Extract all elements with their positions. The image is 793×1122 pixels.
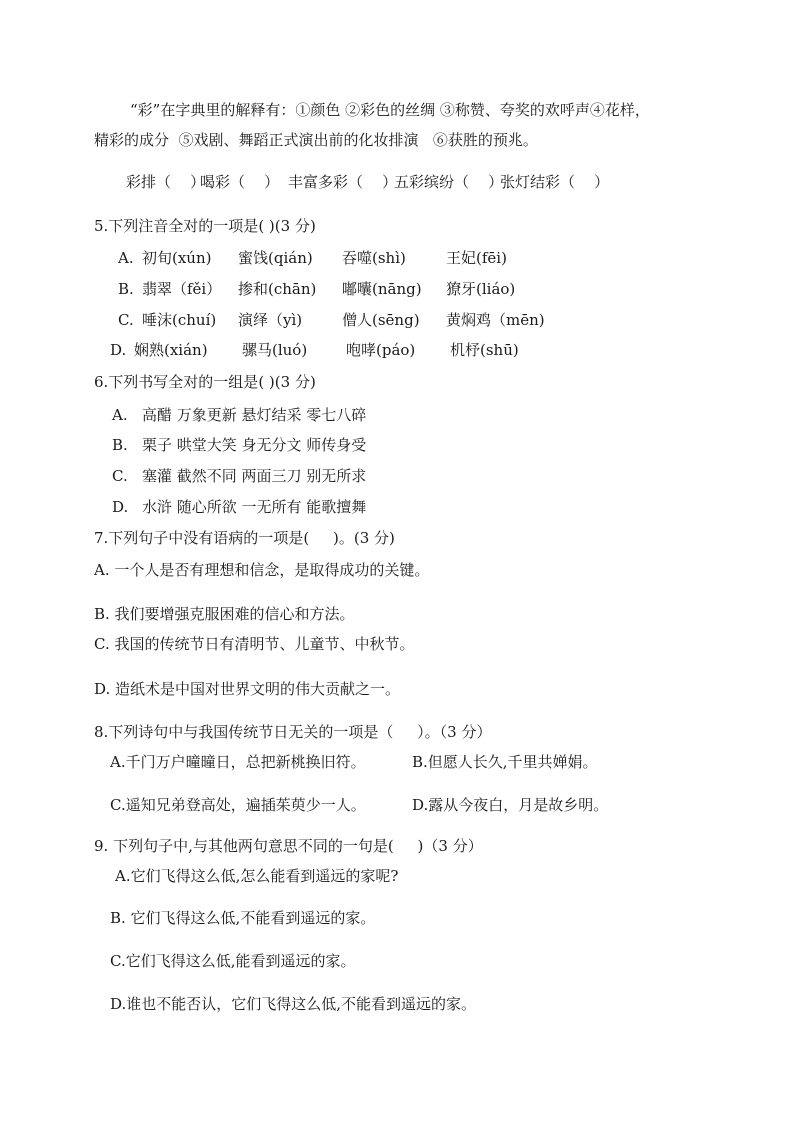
intro-line-2: 精彩的成分 ⑤戏剧、舞蹈正式演出前的化妆排演 ⑥获胜的预兆。 <box>94 130 538 150</box>
q8-stem: 8.下列诗句中与我国传统节日无关的一项是（ ）。（3 分） <box>94 722 491 742</box>
option-item: 掺和(chān) <box>238 279 316 299</box>
option-item: 骡马(luó) <box>242 340 307 360</box>
q6-option-b-text: 栗子 哄堂大笑 身无分文 师传身受 <box>142 435 366 455</box>
q6-stem: 6.下列书写全对的一组是( )(3 分) <box>94 372 316 392</box>
option-item: 娴熟(xián) <box>134 340 208 360</box>
option-item: 吞噬(shì) <box>342 248 406 268</box>
intro-word-4: 五彩缤纷（ ） <box>394 172 503 192</box>
intro-word-1: 彩排（ ） <box>126 172 205 192</box>
option-item: 嘟囔(nāng) <box>342 279 422 299</box>
q9-stem: 9. 下列句子中,与其他两句意思不同的一句是( )（3 分） <box>94 836 483 856</box>
q7-option-c: C. 我国的传统节日有清明节、儿童节、中秋节。 <box>94 634 414 654</box>
option-item: 咆哮(páo) <box>346 340 415 360</box>
q6-option-d-label: D. <box>112 497 128 517</box>
q6-option-a-label: A. <box>112 405 128 425</box>
intro-word-5: 张灯结彩（ ） <box>500 172 609 192</box>
q9-option-c: C.它们飞得这么低,能看到遥远的家。 <box>110 951 355 971</box>
q8-option-a: A.千门万户曈曈日，总把新桃换旧符。 <box>110 752 366 772</box>
q6-option-d-text: 水浒 随心所欲 一无所有 能歌擅舞 <box>142 497 366 517</box>
option-label: D. <box>110 340 126 360</box>
option-item: 翡翠（fěi） <box>142 279 221 299</box>
option-item: 王妃(fēi) <box>446 248 507 268</box>
option-item: 机杼(shū) <box>450 340 519 360</box>
option-item: 黄焖鸡（mēn) <box>446 310 545 330</box>
q8-option-d: D.露从今夜白，月是故乡明。 <box>412 795 608 815</box>
q6-option-c-label: C. <box>112 466 128 486</box>
option-item: 僧人(sēng) <box>342 310 420 330</box>
option-label: B. <box>118 279 134 299</box>
q7-option-d: D. 造纸术是中国对世界文明的伟大贡献之一。 <box>94 679 400 699</box>
option-item: 獠牙(liáo) <box>446 279 515 299</box>
option-item: 蜜饯(qián) <box>238 248 313 268</box>
q9-option-a: A.它们飞得这么低,怎么能看到遥远的家呢? <box>115 866 398 886</box>
q8-option-c: C.遥知兄弟登高处，遍插茱萸少一人。 <box>110 795 366 815</box>
q7-option-a: A. 一个人是否有理想和信念，是取得成功的关键。 <box>94 560 429 580</box>
q9-option-d: D.谁也不能否认，它们飞得这么低,不能看到遥远的家。 <box>110 994 476 1014</box>
option-item: 演绎（yì) <box>238 310 302 330</box>
option-label: C. <box>118 310 134 330</box>
q5-stem: 5.下列注音全对的一项是( )(3 分) <box>94 216 316 236</box>
intro-word-3: 丰富多彩（ ） <box>288 172 397 192</box>
q7-stem: 7.下列句子中没有语病的一项是( )。(3 分) <box>94 528 395 548</box>
q8-option-b: B.但愿人长久,千里共婵娟。 <box>412 752 598 772</box>
q6-option-a-text: 高醋 万象更新 悬灯结采 零七八碎 <box>142 405 366 425</box>
option-item: 初旬(xún) <box>142 248 212 268</box>
option-item: 唾沫(chuí) <box>142 310 216 330</box>
q7-option-b: B. 我们要增强克服困难的信心和方法。 <box>94 604 355 624</box>
q9-option-b: B. 它们飞得这么低,不能看到遥远的家。 <box>110 908 375 928</box>
q6-option-b-label: B. <box>112 435 128 455</box>
intro-line-1: “彩”在字典里的解释有：①颜色 ②彩色的丝绸 ③称赞、夸奖的欢呼声④花样， <box>130 100 650 120</box>
option-label: A. <box>118 248 134 268</box>
q6-option-c-text: 塞灌 截然不同 两面三刀 别无所求 <box>142 466 366 486</box>
intro-word-2: 喝彩（ ） <box>200 172 279 192</box>
